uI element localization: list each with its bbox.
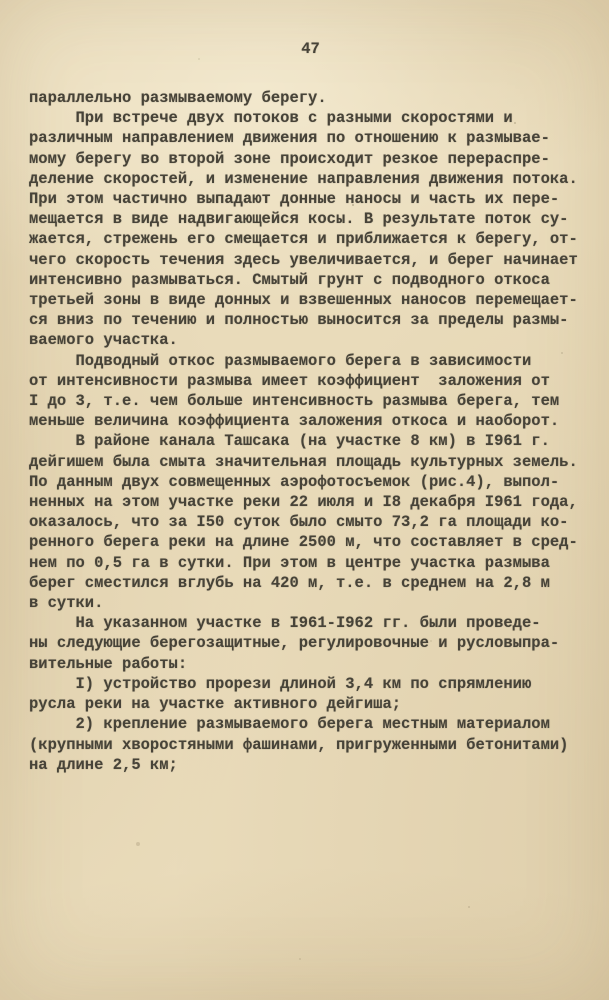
- text-line: В районе канала Ташсака (на участке 8 км…: [29, 431, 591, 451]
- text-line: I до 3, т.е. чем больше интенсивность ра…: [29, 391, 591, 411]
- text-line: жается, стрежень его смещается и приближ…: [29, 229, 591, 249]
- text-line: ренного берега реки на длине 2500 м, что…: [29, 532, 591, 552]
- text-line: русла реки на участке активного дейгиша;: [29, 694, 591, 714]
- text-line: меньше величина коэффициента заложения о…: [29, 411, 591, 431]
- page-number: 47: [6, 40, 609, 58]
- text-line: При этом частично выпадают донные наносы…: [29, 189, 591, 209]
- text-line: на длине 2,5 км;: [29, 755, 591, 775]
- text-line: третьей зоны в виде донных и взвешенных …: [29, 290, 591, 310]
- text-line: 2) крепление размываемого берега местным…: [29, 714, 591, 734]
- text-line: различным направлением движения по отнош…: [29, 128, 591, 148]
- text-line: По данным двух совмещенных аэрофотосъемо…: [29, 472, 591, 492]
- text-line: дейгишем была смыта значительная площадь…: [29, 452, 591, 472]
- text-line: Подводный откос размываемого берега в за…: [29, 351, 591, 371]
- text-line: оказалось, что за I50 суток было смыто 7…: [29, 512, 591, 532]
- paper-speckles: [0, 0, 2, 2]
- text-line: I) устройство прорези длиной 3,4 км по с…: [29, 674, 591, 694]
- text-line: При встрече двух потоков с разными скоро…: [29, 108, 591, 128]
- text-line: ны следующие берегозащитные, регулировоч…: [29, 633, 591, 653]
- text-line: от интенсивности размыва имеет коэффицие…: [29, 371, 591, 391]
- text-line: На указанном участке в I961-I962 гг. был…: [29, 613, 591, 633]
- text-line: ся вниз по течению и полностью выносится…: [29, 310, 591, 330]
- text-line: нем по 0,5 га в сутки. При этом в центре…: [29, 553, 591, 573]
- text-line: ваемого участка.: [29, 330, 591, 350]
- text-line: мому берегу во второй зоне происходит ре…: [29, 149, 591, 169]
- text-line: параллельно размываемому берегу.: [29, 88, 591, 108]
- text-line: деление скоростей, и изменение направлен…: [29, 169, 591, 189]
- text-line: берег сместился вглубь на 420 м, т.е. в …: [29, 573, 591, 593]
- text-line: (крупными хворостяными фашинами, пригруж…: [29, 735, 591, 755]
- text-line: ненных на этом участке реки 22 июля и I8…: [29, 492, 591, 512]
- text-line: вительные работы:: [29, 654, 591, 674]
- body-text: параллельно размываемому берегу. При вст…: [29, 88, 591, 775]
- text-line: в сутки.: [29, 593, 591, 613]
- text-line: интенсивно размываться. Смытый грунт с п…: [29, 270, 591, 290]
- text-line: чего скорость течения здесь увеличиваетс…: [29, 250, 591, 270]
- scanned-document-page: 47 параллельно размываемому берегу. При …: [0, 0, 609, 1000]
- text-line: мещается в виде надвигающейся косы. В ре…: [29, 209, 591, 229]
